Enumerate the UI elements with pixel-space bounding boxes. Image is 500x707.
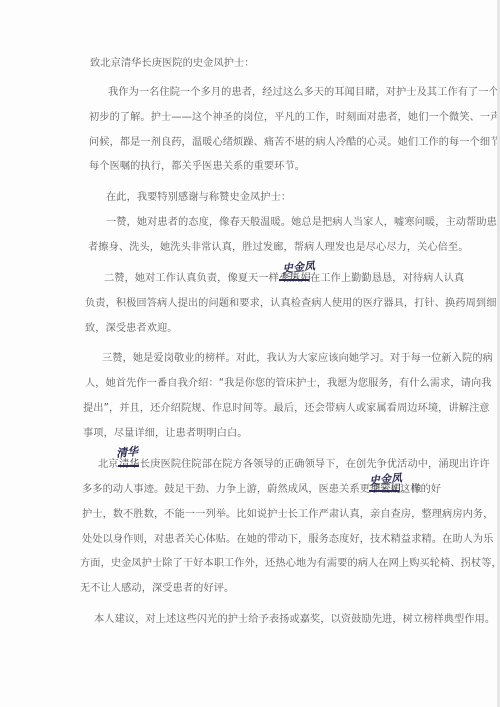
strikethrough-mark <box>118 465 139 467</box>
paragraph-line: 这样的好 <box>400 483 441 497</box>
paragraph-line: 每个医嘱的执行，都关乎医患关系的重要环节。 <box>89 160 305 174</box>
salutation: 致北京清华长庚医院的史金凤护士： <box>90 57 255 71</box>
paragraph-line: 北京 <box>98 458 119 472</box>
paragraph-line: 处处以身作则，对患者关心体贴。在她的带动下，服务态度好，技术精益求精。在助人为乐 <box>82 533 494 547</box>
paragraph-line: 本人建议，对上述这些闪光的护士给予表扬或嘉奖，以资鼓励先进，树立榜样典型作用。 <box>94 613 495 627</box>
paragraph-line: 在工作上勤勤恳恳，对待病人认真 <box>310 272 464 286</box>
paragraph-line: 长庚医院住院部在院方各领导的正确领导下，在创先争优活动中，涌现出许许 <box>140 458 490 472</box>
paragraph-line: 初步的了解。护士——这个神圣的岗位，平凡的工作，时刻面对患者，她们一个微笑、一声 <box>89 111 500 125</box>
paragraph-line: 人，她首先作一番自我介绍：“我是你您的管床护士，我愿为您服务，有什么需求，请向我 <box>85 377 492 391</box>
paragraph-line: 护士，数不胜数，不能一一列举。比如说护士长工作严肃认真，亲自查房，整理病房内务， <box>82 508 494 522</box>
paragraph-line: 三赞，她是爱岗敬业的榜样。对此，我认为大家应该向她学习。对于每一位新入院的病 <box>102 352 493 366</box>
paragraph-line: 者擦身、洗头，她洗头非常认真，胜过发廊，帮病人理发也是尽心尽力，关心倍至。 <box>88 241 469 255</box>
paragraph-line: 提出”，并且，还介绍院规、作息时间等。最后，还会带病人或家属看周边环境，讲解注意 <box>83 402 490 416</box>
strikethrough-mark <box>369 490 399 492</box>
scanned-letter-page: 致北京清华长庚医院的史金凤护士： 我作为一名住院一个多月的患者，经过这么多天的耳… <box>0 0 500 707</box>
strikethrough-mark <box>279 279 309 281</box>
paragraph-line: 事项，尽量详细，让患者明明白白。 <box>83 427 248 441</box>
paragraph-line: 我作为一名住院一个多月的患者，经过这么多天的耳闻目睹，对护士及其工作有了一个 <box>108 86 499 100</box>
paragraph-line: 一赞，她对患者的态度，像春天般温暖。她总是把病人当家人，嘘寒问暖，主动帮助患 <box>106 216 497 230</box>
paragraph-line: 负责，积极回答病人提出的问题和要求，认真检查病人使用的医疗器具，打针、换药周到细 <box>85 297 497 311</box>
paragraph-line: 方面，史金凤护士除了干好本职工作外，还热心地为有需要的病人在网上购买轮椅、拐杖等… <box>80 557 500 571</box>
paragraph-line: 致，深受患者欢迎。 <box>85 322 178 336</box>
paragraph-line: 在此，我要特别感谢与称赞史金凤护士： <box>106 191 291 205</box>
paragraph-line: 问候，都是一剂良药，温暖心绪烦躁、痛苦不堪的病人冷酷的心灵。她们工作的每一个细节… <box>89 136 500 150</box>
paragraph-line: 无不让人感动，深受患者的好评。 <box>80 582 234 596</box>
